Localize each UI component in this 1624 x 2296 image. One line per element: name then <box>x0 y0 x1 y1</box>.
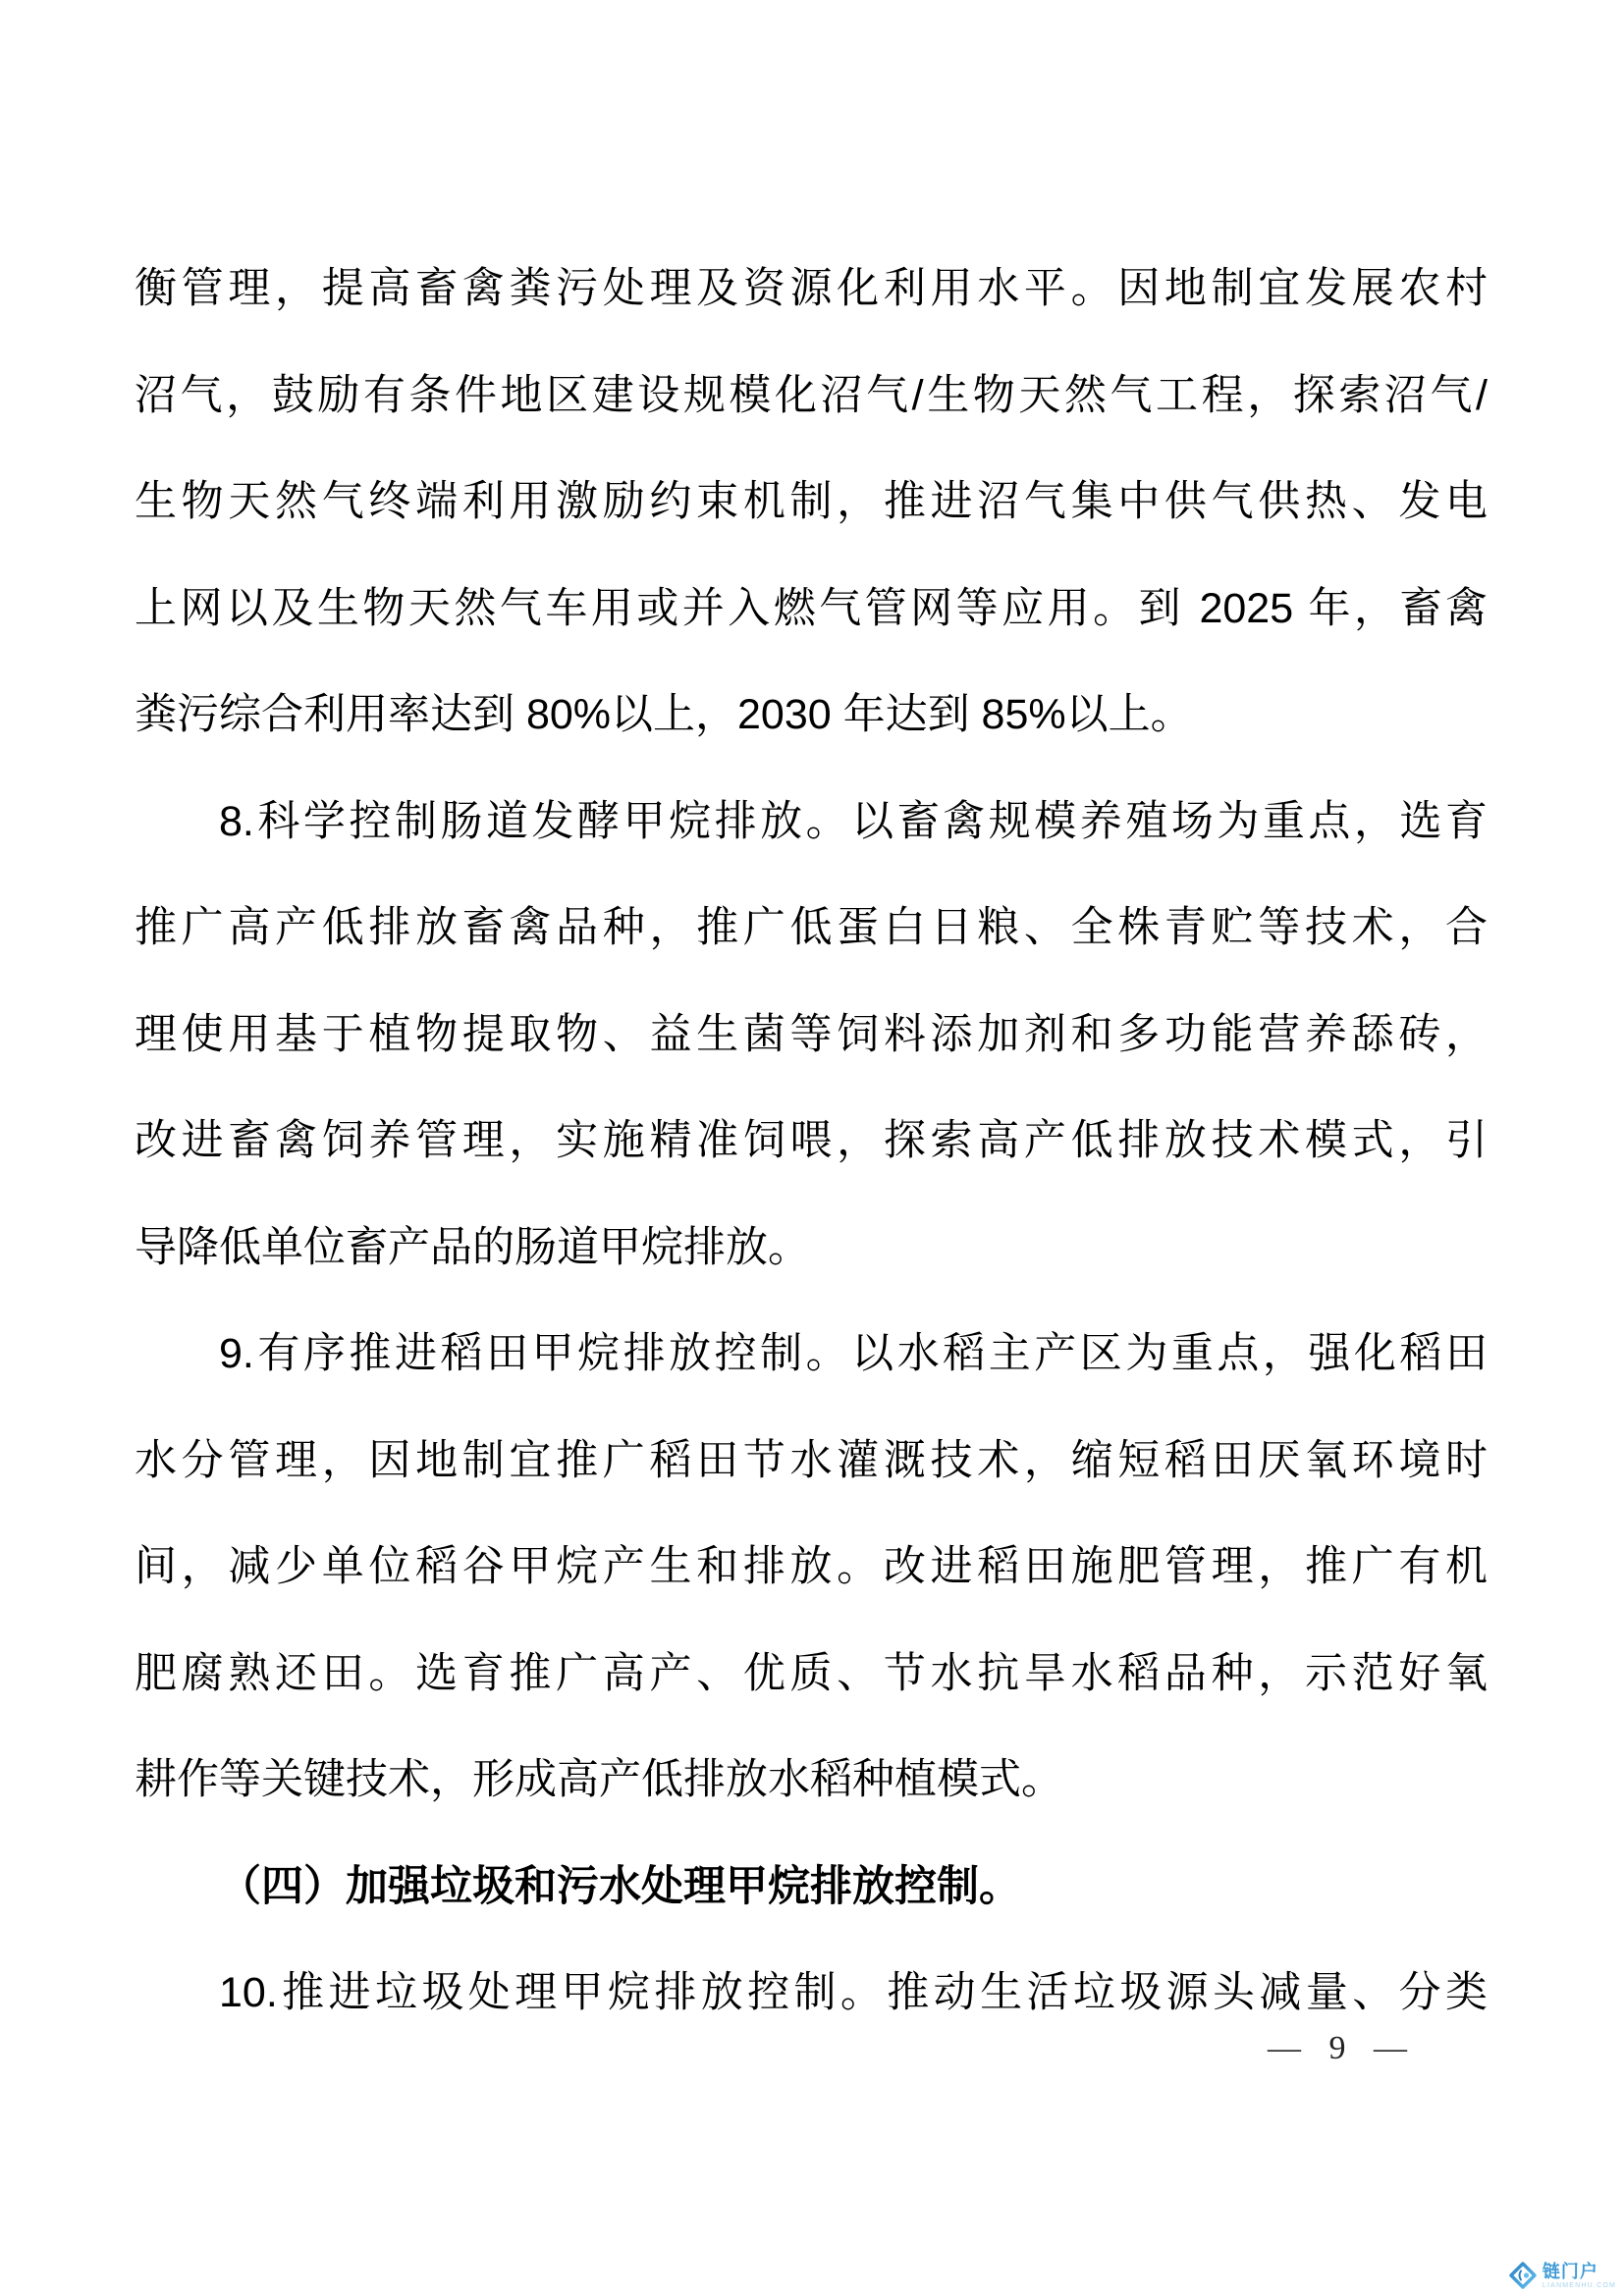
body-line: 生物天然气终端利用激励约束机制，推进沼气集中供气供热、发电 <box>135 449 1488 556</box>
body-line: 肥腐熟还田。选育推广高产、优质、节水抗旱水稻品种，示范好氧 <box>135 1621 1488 1728</box>
body-line: 推广高产低排放畜禽品种，推广低蛋白日粮、全株青贮等技术，合 <box>135 875 1488 982</box>
body-line: 沼气，鼓励有条件地区建设规模化沼气/生物天然气工程，探索沼气/ <box>135 343 1488 450</box>
body-line: 导降低单位畜产品的肠道甲烷排放。 <box>135 1195 1488 1302</box>
body-line: 改进畜禽饲养管理，实施精准饲喂，探索高产低排放技术模式，引 <box>135 1088 1488 1195</box>
watermark-brand: 链门户 <box>1543 2263 1616 2280</box>
body-line: 粪污综合利用率达到 80%以上，2030 年达到 85%以上。 <box>135 662 1488 769</box>
body-line: 衡管理，提高畜禽粪污处理及资源化利用水平。因地制宜发展农村 <box>135 236 1488 343</box>
watermark-logo: 链门户 LIANMENHU.COM <box>1509 2262 1616 2289</box>
body-line: 水分管理，因地制宜推广稻田节水灌溉技术，缩短稻田厌氧环境时 <box>135 1408 1488 1515</box>
diamond-logo-icon <box>1509 2262 1537 2289</box>
body-line-item-8: 8.科学控制肠道发酵甲烷排放。以畜禽规模养殖场为重点，选育 <box>135 769 1488 876</box>
body-line: 耕作等关键技术，形成高产低排放水稻种植模式。 <box>135 1727 1488 1834</box>
page-number: — 9 — <box>1239 2030 1435 2067</box>
body-line: 理使用基于植物提取物、益生菌等饲料添加剂和多功能营养舔砖， <box>135 982 1488 1089</box>
body-text: 衡管理，提高畜禽粪污处理及资源化利用水平。因地制宜发展农村 沼气，鼓励有条件地区… <box>135 236 1488 2047</box>
body-line: 间，减少单位稻谷甲烷产生和排放。改进稻田施肥管理，推广有机 <box>135 1514 1488 1621</box>
document-page: 衡管理，提高畜禽粪污处理及资源化利用水平。因地制宜发展农村 沼气，鼓励有条件地区… <box>0 0 1624 2296</box>
watermark-text: 链门户 LIANMENHU.COM <box>1543 2263 1616 2289</box>
body-line: 上网以及生物天然气车用或并入燃气管网等应用。到 2025 年，畜禽 <box>135 556 1488 663</box>
body-line-item-9: 9.有序推进稻田甲烷排放控制。以水稻主产区为重点，强化稻田 <box>135 1301 1488 1408</box>
watermark-domain: LIANMENHU.COM <box>1543 2282 1616 2289</box>
section-heading: （四）加强垃圾和污水处理甲烷排放控制。 <box>135 1834 1488 1941</box>
